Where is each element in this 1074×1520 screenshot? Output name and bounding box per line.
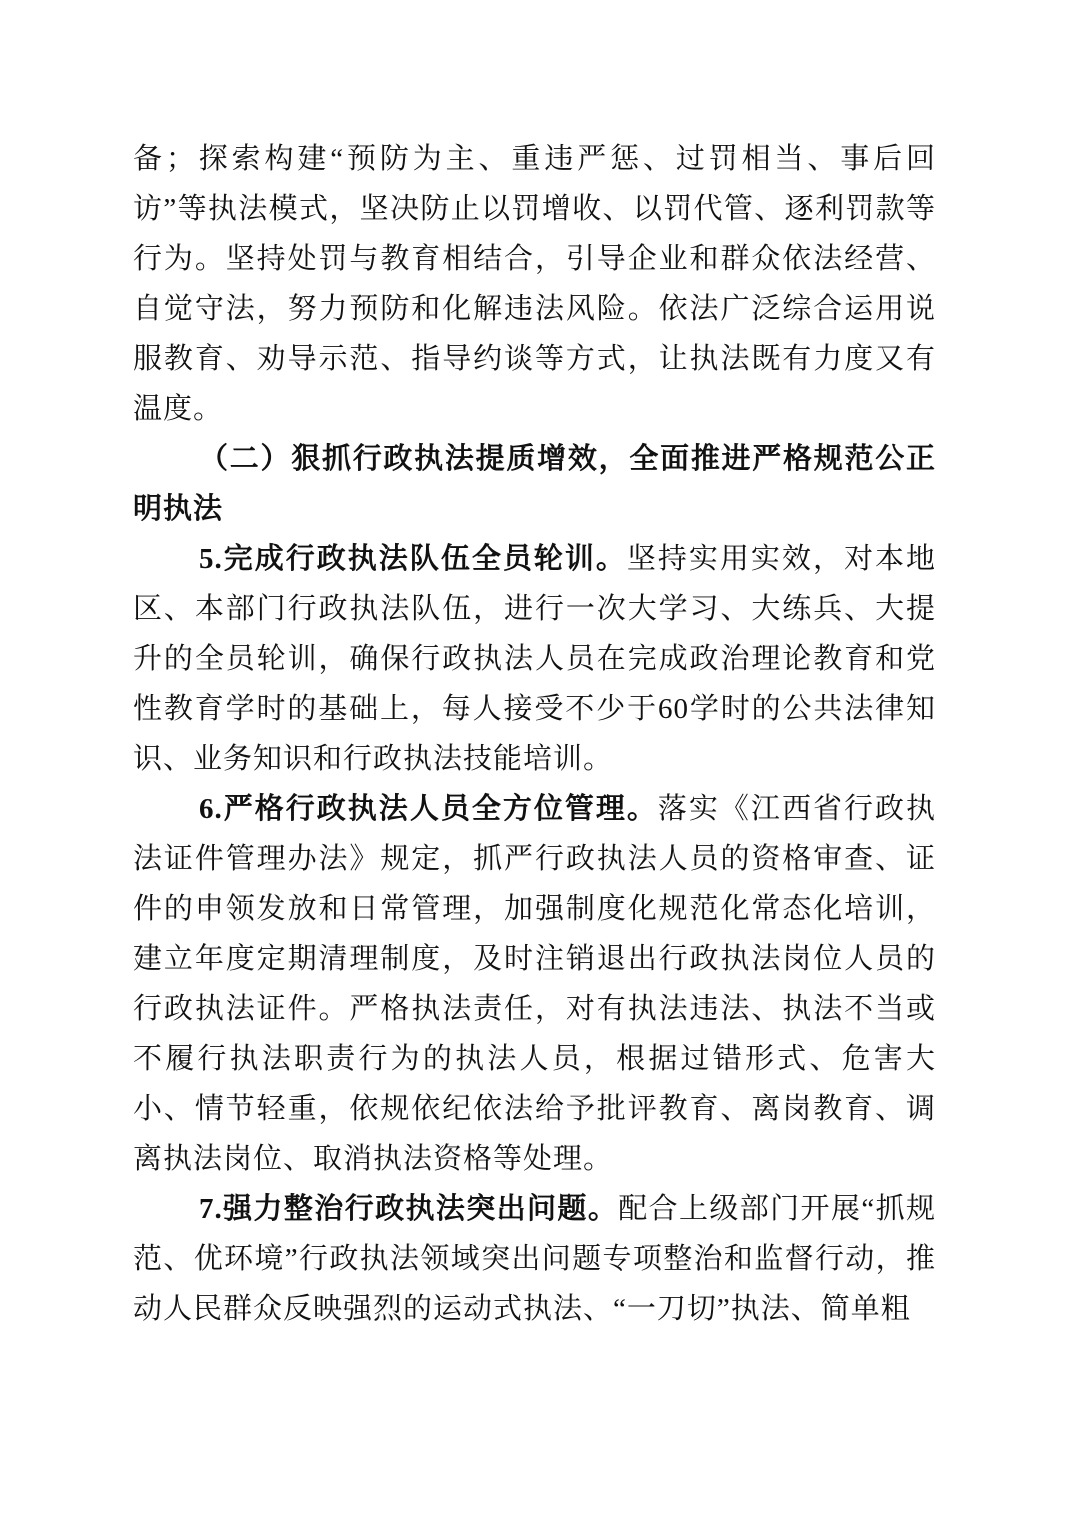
text-segment: 落实《江西省行政执法证件管理办法》规定，抓严行政执法人员的资格审查、证件的申领发… bbox=[133, 793, 936, 1175]
text-segment: 备；探索构建“预防为主、重违严惩、过罚相当、事后回访”等执法模式，坚决防止以罚增… bbox=[133, 143, 936, 425]
heading-section-two: （二）狠抓行政执法提质增效，全面推进严格规范公正明执法 bbox=[133, 434, 936, 534]
item-6: 6.严格行政执法人员全方位管理。落实《江西省行政执法证件管理办法》规定，抓严行政… bbox=[133, 784, 936, 1184]
item-5: 5.完成行政执法队伍全员轮训。坚持实用实效，对本地区、本部门行政执法队伍，进行一… bbox=[133, 534, 936, 784]
text-segment: 坚持实用实效，对本地区、本部门行政执法队伍，进行一次大学习、大练兵、大提升的全员… bbox=[133, 543, 936, 775]
para-continuation: 备；探索构建“预防为主、重违严惩、过罚相当、事后回访”等执法模式，坚决防止以罚增… bbox=[133, 134, 936, 434]
document-content: 备；探索构建“预防为主、重违严惩、过罚相当、事后回访”等执法模式，坚决防止以罚增… bbox=[133, 134, 936, 1334]
text-segment-bold: 6.严格行政执法人员全方位管理。 bbox=[199, 793, 658, 825]
text-segment-bold: 5.完成行政执法队伍全员轮训。 bbox=[199, 543, 627, 575]
text-segment-bold: （二）狠抓行政执法提质增效，全面推进严格规范公正明执法 bbox=[133, 443, 936, 525]
item-7: 7.强力整治行政执法突出问题。配合上级部门开展“抓规范、优环境”行政执法领域突出… bbox=[133, 1184, 936, 1334]
document-page: 备；探索构建“预防为主、重违严惩、过罚相当、事后回访”等执法模式，坚决防止以罚增… bbox=[0, 0, 1074, 1520]
text-segment-bold: 7.强力整治行政执法突出问题。 bbox=[199, 1193, 618, 1225]
